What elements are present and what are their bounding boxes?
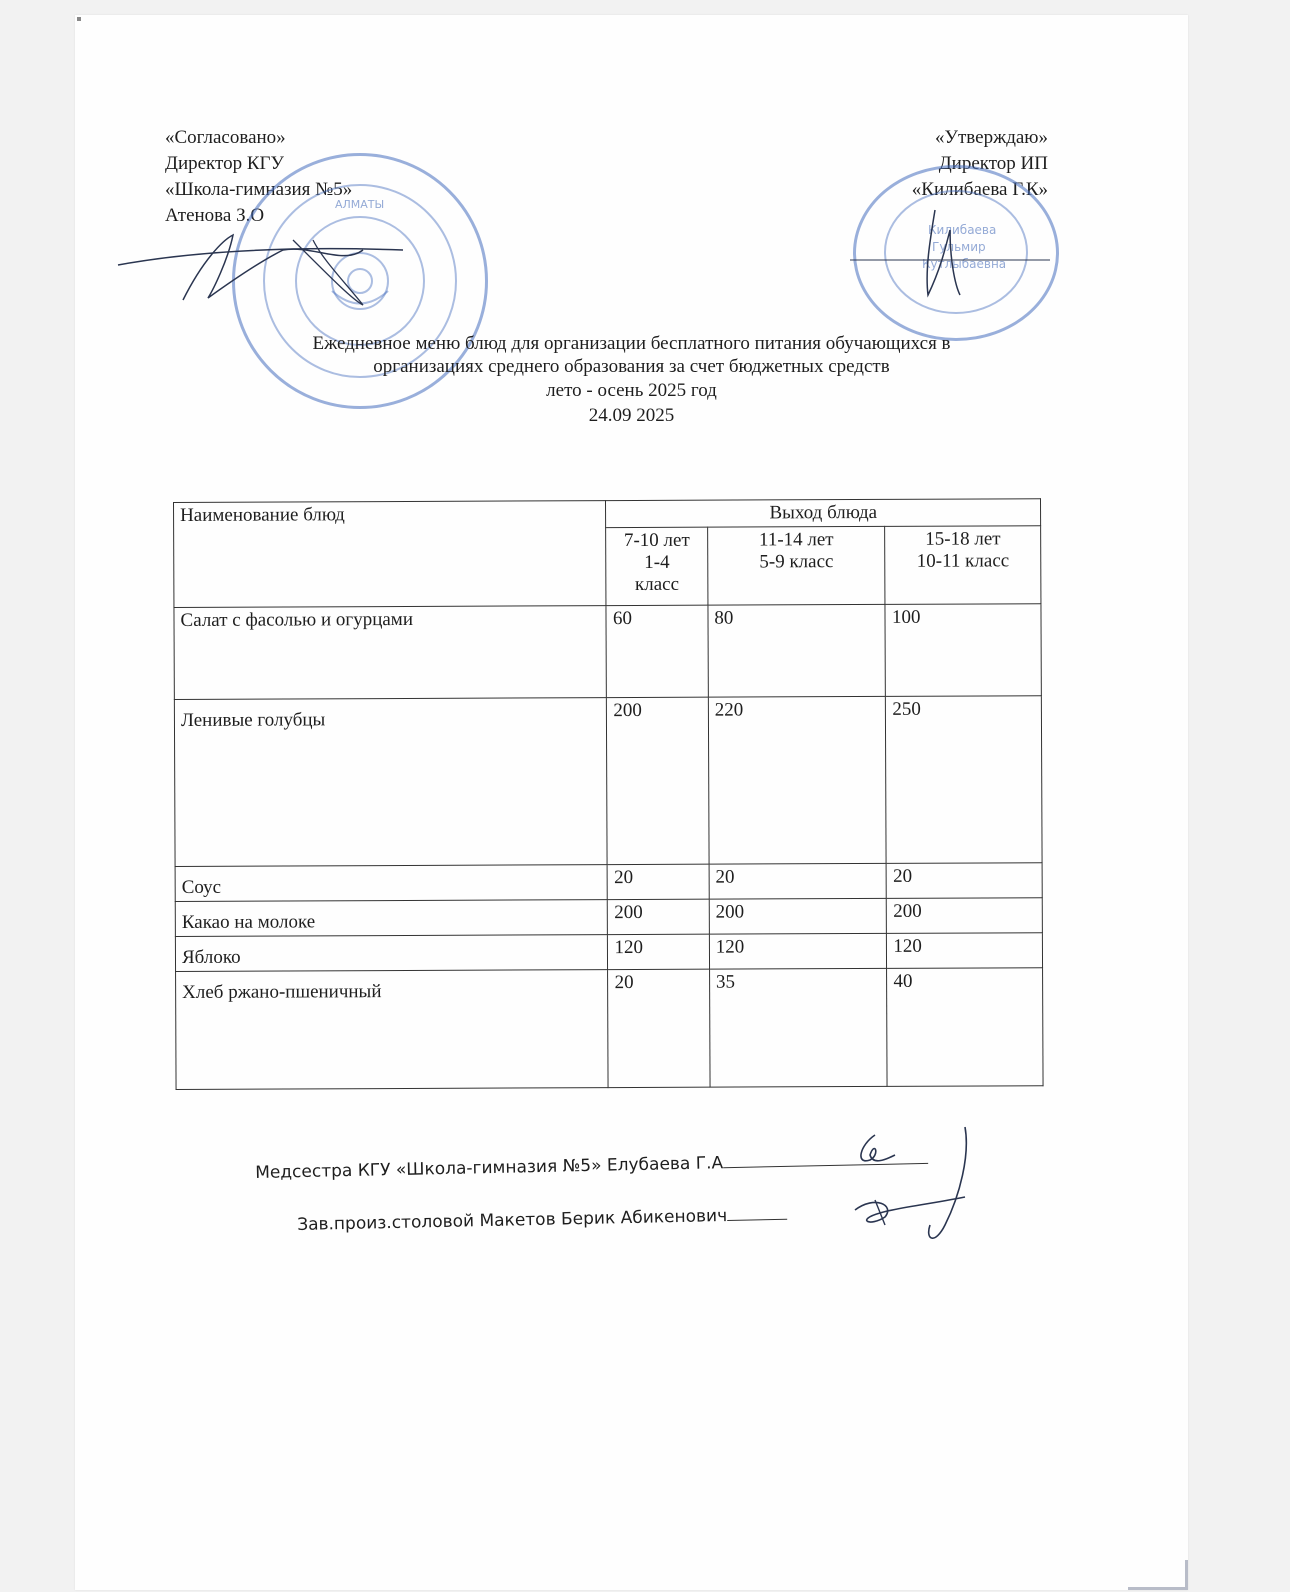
class-label: 5-9 класс [714,551,879,574]
signature-nurse [825,1125,985,1255]
portion-11-14: 200 [709,898,887,934]
agreed-name: Атенова З.О [165,205,352,231]
corner-mark [77,17,81,21]
class-label: класс [613,574,701,596]
table-row: Хлеб ржано-пшеничный 20 35 40 [176,968,1044,1090]
portion-11-14: 35 [709,968,887,1087]
header-age-group: 15-18 лет 10-11 класс [885,526,1041,605]
class-label: 1-4 [613,552,701,574]
portion-7-10: 20 [608,969,710,1087]
approved-block: «Утверждаю» Директор ИП «Килибаева Г.К» [912,127,1048,205]
portion-11-14: 20 [709,863,887,899]
class-label: 10-11 класс [892,550,1035,573]
approved-label: «Утверждаю» [912,127,1048,153]
dish-name: Соус [175,865,608,902]
menu-table: Наименование блюд Выход блюда 7-10 лет 1… [173,498,1044,1090]
canteen-head-label: Зав.произ.столовой Макетов Берик Абикено… [297,1206,727,1235]
portion-7-10: 120 [608,934,709,969]
table-row: Какао на молоке 200 200 200 [175,898,1042,937]
portion-15-18: 200 [887,898,1043,934]
agreed-organization: «Школа-гимназия №5» [165,179,352,205]
dish-name: Ленивые голубцы [174,698,607,867]
signature-blank [723,1162,928,1168]
approved-organization: «Килибаева Г.К» [912,179,1048,205]
portion-11-14: 220 [708,696,886,864]
dish-name: Хлеб ржано-пшеничный [176,970,609,1090]
document-title-line-2: организациях среднего образования за сче… [75,356,1188,378]
portion-15-18: 100 [885,604,1041,697]
portion-11-14: 80 [708,604,886,697]
portion-15-18: 250 [886,696,1042,864]
age-label: 7-10 лет [613,530,701,552]
portion-15-18: 20 [887,863,1043,899]
portion-11-14: 120 [709,933,887,969]
portion-7-10: 200 [607,697,709,864]
document-title-line-1: Ежедневное меню блюд для организации бес… [75,333,1188,355]
table-row: Салат с фасолью и огурцами 60 80 100 [174,604,1041,700]
document-page: «Согласовано» Директор КГУ «Школа-гимназ… [75,15,1188,1590]
agreed-block: «Согласовано» Директор КГУ «Школа-гимназ… [165,127,352,231]
canteen-head-signature-line: Зав.произ.столовой Макетов Берик Абикено… [297,1205,787,1235]
dish-name: Яблоко [175,935,608,972]
table-row: Ленивые голубцы 200 220 250 [174,696,1042,867]
header-portion-output: Выход блюда [606,499,1041,528]
stamp-center-line-2: Гульмир [932,240,986,254]
dish-name: Какао на молоке [175,900,608,937]
table-row: Соус 20 20 20 [175,863,1042,902]
stamp-inner-ring [884,190,1028,314]
portion-7-10: 20 [608,864,709,899]
agreed-position: Директор КГУ [165,153,352,179]
header-age-group: 11-14 лет 5-9 класс [707,526,885,605]
emblem-icon [320,241,400,321]
page-edge [1128,1587,1188,1590]
stamp-center-line-3: Кутлыбаевна [922,257,1006,271]
nurse-signature-line: Медсестра КГУ «Школа-гимназия №5» Елубае… [255,1149,928,1183]
portion-15-18: 120 [887,933,1043,969]
portion-7-10: 200 [608,899,709,934]
stamp-inner-ring [295,216,425,346]
signature-blank [727,1218,787,1221]
nurse-label: Медсестра КГУ «Школа-гимназия №5» Елубае… [255,1153,723,1183]
document-season: лето - осень 2025 год [75,380,1188,402]
age-label: 11-14 лет [714,529,879,552]
document-date: 24.09 2025 [75,405,1188,427]
portion-7-10: 60 [606,605,708,697]
signature-director-ip [850,200,1050,310]
page-edge [1185,1560,1188,1590]
table-row: Яблоко 120 120 120 [175,933,1042,972]
stamp-center-line-1: Килибаева [928,223,996,237]
dish-name: Салат с фасолью и огурцами [174,606,607,700]
approved-position: Директор ИП [912,153,1048,179]
signature-director-school [113,220,413,310]
agreed-label: «Согласовано» [165,127,352,153]
header-dish-name: Наименование блюд [174,501,607,608]
portion-15-18: 40 [887,968,1043,1087]
age-label: 15-18 лет [892,528,1035,551]
header-age-group: 7-10 лет 1-4 класс [606,527,708,605]
